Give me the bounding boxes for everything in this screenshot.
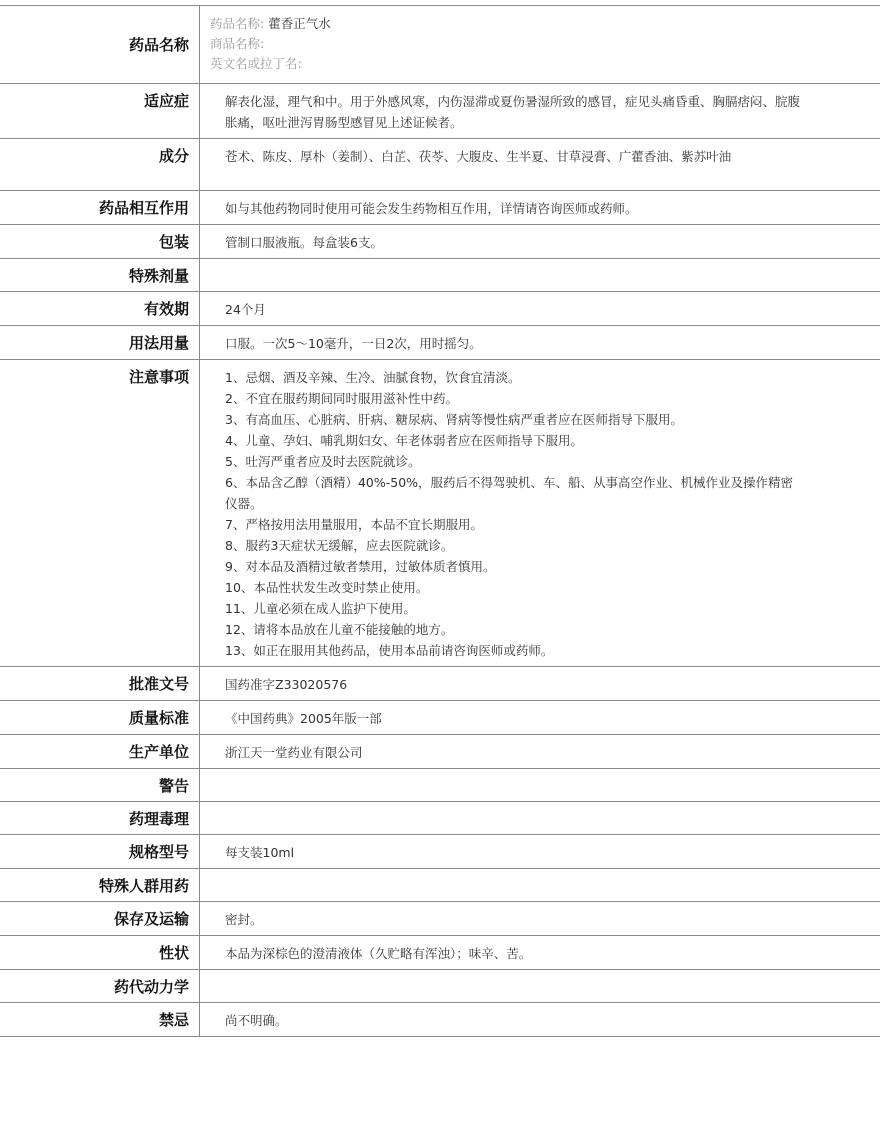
row-value: 管制口服液瓶。每盒装6支。 <box>200 225 880 259</box>
row-indications: 适应症 解表化湿，理气和中。用于外感风寒，内伤湿滞或夏伤暑湿所致的感冒，症见头痛… <box>0 84 880 139</box>
row-specification: 规格型号 每支装10ml <box>0 835 880 869</box>
row-value <box>200 970 880 1003</box>
row-ingredients: 成分 苍术、陈皮、厚朴（姜制）、白芷、茯苓、大腹皮、生半夏、甘草浸膏、广藿香油、… <box>0 139 880 191</box>
row-label: 禁忌 <box>0 1003 200 1037</box>
generic-name-value: 藿香正气水 <box>268 16 331 31</box>
row-special-dosage: 特殊剂量 <box>0 259 880 292</box>
row-label: 药理毒理 <box>0 802 200 835</box>
latin-name-line: 英文名或拉丁名: <box>210 54 800 74</box>
row-value: 解表化湿，理气和中。用于外感风寒，内伤湿滞或夏伤暑湿所致的感冒，症见头痛昏重、胸… <box>200 84 880 139</box>
row-packaging: 包装 管制口服液瓶。每盒装6支。 <box>0 225 880 259</box>
trade-name-line: 商品名称: <box>210 34 800 54</box>
row-value: 《中国药典》2005年版一部 <box>200 701 880 735</box>
row-label: 特殊人群用药 <box>0 869 200 902</box>
row-value: 密封。 <box>200 902 880 936</box>
row-label: 性状 <box>0 936 200 970</box>
row-value: 国药准字Z33020576 <box>200 667 880 701</box>
field-label: 英文名或拉丁名: <box>210 56 302 71</box>
row-label: 包装 <box>0 225 200 259</box>
row-shelf-life: 有效期 24个月 <box>0 292 880 326</box>
row-pharmacokinetics: 药代动力学 <box>0 970 880 1003</box>
generic-name-line: 药品名称: 藿香正气水 <box>210 14 800 34</box>
precaution-item: 5、吐泻严重者应及时去医院就诊。 <box>225 451 800 472</box>
row-value <box>200 259 880 292</box>
row-value <box>200 869 880 902</box>
row-label: 药品相互作用 <box>0 191 200 225</box>
row-special-population: 特殊人群用药 <box>0 869 880 902</box>
row-interactions: 药品相互作用 如与其他药物同时使用可能会发生药物相互作用，详情请咨询医师或药师。 <box>0 191 880 225</box>
row-label: 保存及运输 <box>0 902 200 936</box>
row-dosage: 用法用量 口服。一次5～10毫升，一日2次，用时摇匀。 <box>0 326 880 360</box>
row-value: 尚不明确。 <box>200 1003 880 1037</box>
drug-spec-table: 药品名称 药品名称: 藿香正气水 商品名称: 英文名或拉丁名: 适应症 解表化湿… <box>0 5 880 1037</box>
precaution-item: 13、如正在服用其他药品，使用本品前请咨询医师或药师。 <box>225 640 800 661</box>
row-approval-number: 批准文号 国药准字Z33020576 <box>0 667 880 701</box>
row-label: 规格型号 <box>0 835 200 869</box>
row-warning: 警告 <box>0 769 880 802</box>
row-label: 批准文号 <box>0 667 200 701</box>
precaution-item: 2、不宜在服药期间同时服用滋补性中药。 <box>225 388 800 409</box>
precaution-item: 3、有高血压、心脏病、肝病、糖尿病、肾病等慢性病严重者应在医师指导下服用。 <box>225 409 800 430</box>
row-label: 成分 <box>0 139 200 191</box>
row-value: 口服。一次5～10毫升，一日2次，用时摇匀。 <box>200 326 880 360</box>
precaution-item: 10、本品性状发生改变时禁止使用。 <box>225 577 800 598</box>
precaution-item: 1、忌烟、酒及辛辣、生冷、油腻食物，饮食宜清淡。 <box>225 367 800 388</box>
row-precautions: 注意事项 1、忌烟、酒及辛辣、生冷、油腻食物，饮食宜清淡。 2、不宜在服药期间同… <box>0 360 880 667</box>
row-value <box>200 802 880 835</box>
row-pharmacology: 药理毒理 <box>0 802 880 835</box>
row-value: 每支装10ml <box>200 835 880 869</box>
row-value: 浙江天一堂药业有限公司 <box>200 735 880 769</box>
row-value: 苍术、陈皮、厚朴（姜制）、白芷、茯苓、大腹皮、生半夏、甘草浸膏、广藿香油、紫苏叶… <box>200 139 880 191</box>
precaution-item: 6、本品含乙醇（酒精）40%-50%，服药后不得驾驶机、车、船、从事高空作业、机… <box>225 472 800 514</box>
row-value: 药品名称: 藿香正气水 商品名称: 英文名或拉丁名: <box>200 6 880 84</box>
row-value: 1、忌烟、酒及辛辣、生冷、油腻食物，饮食宜清淡。 2、不宜在服药期间同时服用滋补… <box>200 360 880 667</box>
precaution-item: 7、严格按用法用量服用，本品不宜长期服用。 <box>225 514 800 535</box>
row-drug-name: 药品名称 药品名称: 藿香正气水 商品名称: 英文名或拉丁名: <box>0 6 880 84</box>
row-label: 有效期 <box>0 292 200 326</box>
row-label: 药品名称 <box>0 6 200 84</box>
precaution-item: 4、儿童、孕妇、哺乳期妇女、年老体弱者应在医师指导下服用。 <box>225 430 800 451</box>
field-label: 药品名称: <box>210 16 264 31</box>
row-label: 药代动力学 <box>0 970 200 1003</box>
row-label: 用法用量 <box>0 326 200 360</box>
row-value: 24个月 <box>200 292 880 326</box>
row-storage: 保存及运输 密封。 <box>0 902 880 936</box>
row-label: 特殊剂量 <box>0 259 200 292</box>
precaution-item: 9、对本品及酒精过敏者禁用，过敏体质者慎用。 <box>225 556 800 577</box>
row-label: 适应症 <box>0 84 200 139</box>
row-label: 警告 <box>0 769 200 802</box>
row-value: 如与其他药物同时使用可能会发生药物相互作用，详情请咨询医师或药师。 <box>200 191 880 225</box>
row-value <box>200 769 880 802</box>
row-description: 性状 本品为深棕色的澄清液体（久贮略有浑浊）；味辛、苦。 <box>0 936 880 970</box>
row-label: 质量标准 <box>0 701 200 735</box>
row-manufacturer: 生产单位 浙江天一堂药业有限公司 <box>0 735 880 769</box>
row-value: 本品为深棕色的澄清液体（久贮略有浑浊）；味辛、苦。 <box>200 936 880 970</box>
row-label: 生产单位 <box>0 735 200 769</box>
precaution-item: 12、请将本品放在儿童不能接触的地方。 <box>225 619 800 640</box>
field-label: 商品名称: <box>210 36 264 51</box>
row-quality-standard: 质量标准 《中国药典》2005年版一部 <box>0 701 880 735</box>
row-label: 注意事项 <box>0 360 200 667</box>
row-contraindications: 禁忌 尚不明确。 <box>0 1003 880 1037</box>
precaution-item: 8、服药3天症状无缓解，应去医院就诊。 <box>225 535 800 556</box>
precaution-item: 11、儿童必须在成人监护下使用。 <box>225 598 800 619</box>
drug-spec-page: 药品名称 药品名称: 藿香正气水 商品名称: 英文名或拉丁名: 适应症 解表化湿… <box>0 0 880 1037</box>
